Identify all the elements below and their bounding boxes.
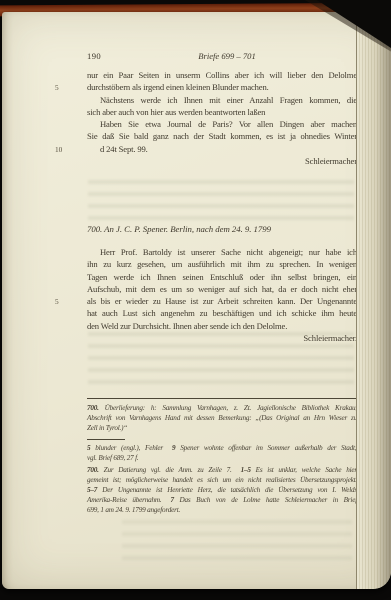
letter-700-body: Herr Prof. Bartoldy ist unserer Sache ni… bbox=[87, 246, 357, 332]
line-text: d 24t Sept. 99. bbox=[100, 144, 148, 154]
line-text: den Weld zur Durchsicht. Ihnen aber send… bbox=[87, 321, 287, 331]
apparatus-rule bbox=[87, 398, 357, 399]
line-text: nur ein Paar Seiten in unserm Collins ab… bbox=[87, 70, 357, 80]
line-text: Tagen werde ich Ihnen seinen Entschluß o… bbox=[87, 272, 357, 282]
line-text: als bis er wieder zu Hause ist zur Arbei… bbox=[87, 296, 357, 306]
fore-edge-pages bbox=[356, 12, 391, 589]
page-number: 190 bbox=[87, 50, 101, 62]
running-title: Briefe 699 – 701 bbox=[87, 50, 357, 62]
line-text: Haben Sie etwa Journal de Paris? Vor all… bbox=[100, 119, 357, 129]
line-text: ihn zu kurz gesehen, um ausführlich mit … bbox=[87, 259, 357, 269]
apparatus-line: Amerika-Reise übernahm.7 Das Buch von de… bbox=[87, 495, 357, 505]
line-text: Herr Prof. Bartoldy ist unserer Sache ni… bbox=[100, 247, 357, 257]
apparatus-line: 700. Überlieferung: h: Sammlung Varnhage… bbox=[87, 403, 357, 413]
line-text: hat auch Lust sich angenehm zu beschäfti… bbox=[87, 308, 357, 318]
line-number: 5 bbox=[55, 296, 69, 308]
page-header: 190 Briefe 699 – 701 bbox=[87, 50, 357, 62]
apparatus-variants: 5 blunder (engl.), Fehler9 Spener wohnte… bbox=[87, 443, 357, 463]
letter-line: ihn zu kurz gesehen, um ausführlich mit … bbox=[87, 258, 357, 270]
show-through-text bbox=[122, 520, 352, 568]
book-page: 190 Briefe 699 – 701 nur ein Paar Seiten… bbox=[2, 12, 391, 589]
letter-700-signature: Schleiermacher. bbox=[87, 332, 357, 344]
apparatus-commentary: 700. Zur Datierung vgl. die Anm. zu Zeil… bbox=[87, 465, 357, 515]
line-number: 10 bbox=[55, 144, 69, 156]
apparatus-line: 5–7 Der Ungenannte ist Henriette Herz, d… bbox=[87, 485, 357, 495]
line-text: Sie daß Sie bald ganz nach der Stadt kom… bbox=[87, 131, 357, 141]
apparatus-ueberlieferung: 700. Überlieferung: h: Sammlung Varnhage… bbox=[87, 403, 357, 433]
letter-line: 10d 24t Sept. 99. bbox=[87, 143, 357, 155]
apparatus-line: Abschrift von Varnhagens Hand mit dessen… bbox=[87, 413, 357, 423]
line-text: sich aber auch von hier aus werden beant… bbox=[87, 107, 265, 117]
book-photo: 190 Briefe 699 – 701 nur ein Paar Seiten… bbox=[0, 0, 391, 600]
letter-line: Nächstens werde ich Ihnen mit einer Anza… bbox=[87, 94, 357, 106]
letter-line: Haben Sie etwa Journal de Paris? Vor all… bbox=[87, 118, 357, 130]
letter-line: Herr Prof. Bartoldy ist unserer Sache ni… bbox=[87, 246, 357, 258]
letter-line: Sie daß Sie bald ganz nach der Stadt kom… bbox=[87, 130, 357, 142]
line-text: durchstöbern als irgend einen kleinen Bl… bbox=[87, 82, 269, 92]
line-text: Nächstens werde ich Ihnen mit einer Anza… bbox=[100, 95, 357, 105]
letter-line: Tagen werde ich Ihnen seinen Entschluß o… bbox=[87, 271, 357, 283]
letter-line: den Weld zur Durchsicht. Ihnen aber send… bbox=[87, 320, 357, 332]
letter-line: hat auch Lust sich angenehm zu beschäfti… bbox=[87, 307, 357, 319]
letter-700: Herr Prof. Bartoldy ist unserer Sache ni… bbox=[87, 246, 357, 344]
letter-700-heading: 700. An J. C. P. Spener. Berlin, nach de… bbox=[87, 223, 357, 235]
show-through-text bbox=[88, 180, 354, 224]
apparatus-line: vgl. Brief 689, 27 f. bbox=[87, 453, 357, 463]
letter-699-body: nur ein Paar Seiten in unserm Collins ab… bbox=[87, 69, 357, 155]
line-number: 5 bbox=[55, 82, 69, 94]
line-text: Aufschub, mit dem es um so weniger auf s… bbox=[87, 284, 357, 294]
letter-line: Aufschub, mit dem es um so weniger auf s… bbox=[87, 283, 357, 295]
apparatus-separator-rule bbox=[87, 439, 125, 440]
apparatus-line: gemeint ist; möglicherweise handelt es s… bbox=[87, 475, 357, 485]
apparatus-line: 700. Zur Datierung vgl. die Anm. zu Zeil… bbox=[87, 465, 357, 475]
letter-line: 5als bis er wieder zu Hause ist zur Arbe… bbox=[87, 295, 357, 307]
apparatus-line: 5 blunder (engl.), Fehler9 Spener wohnte… bbox=[87, 443, 357, 453]
apparatus-line: Zell in Tyrol.)“ bbox=[87, 423, 357, 433]
letter-line: sich aber auch von hier aus werden beant… bbox=[87, 106, 357, 118]
apparatus-line: 699, 1 am 24. 9. 1799 angefordert. bbox=[87, 505, 357, 515]
letter-line: 5durchstöbern als irgend einen kleinen B… bbox=[87, 81, 357, 93]
letter-699-signature: Schleiermacher bbox=[87, 155, 357, 167]
letter-699: nur ein Paar Seiten in unserm Collins ab… bbox=[87, 69, 357, 167]
letter-line: nur ein Paar Seiten in unserm Collins ab… bbox=[87, 69, 357, 81]
